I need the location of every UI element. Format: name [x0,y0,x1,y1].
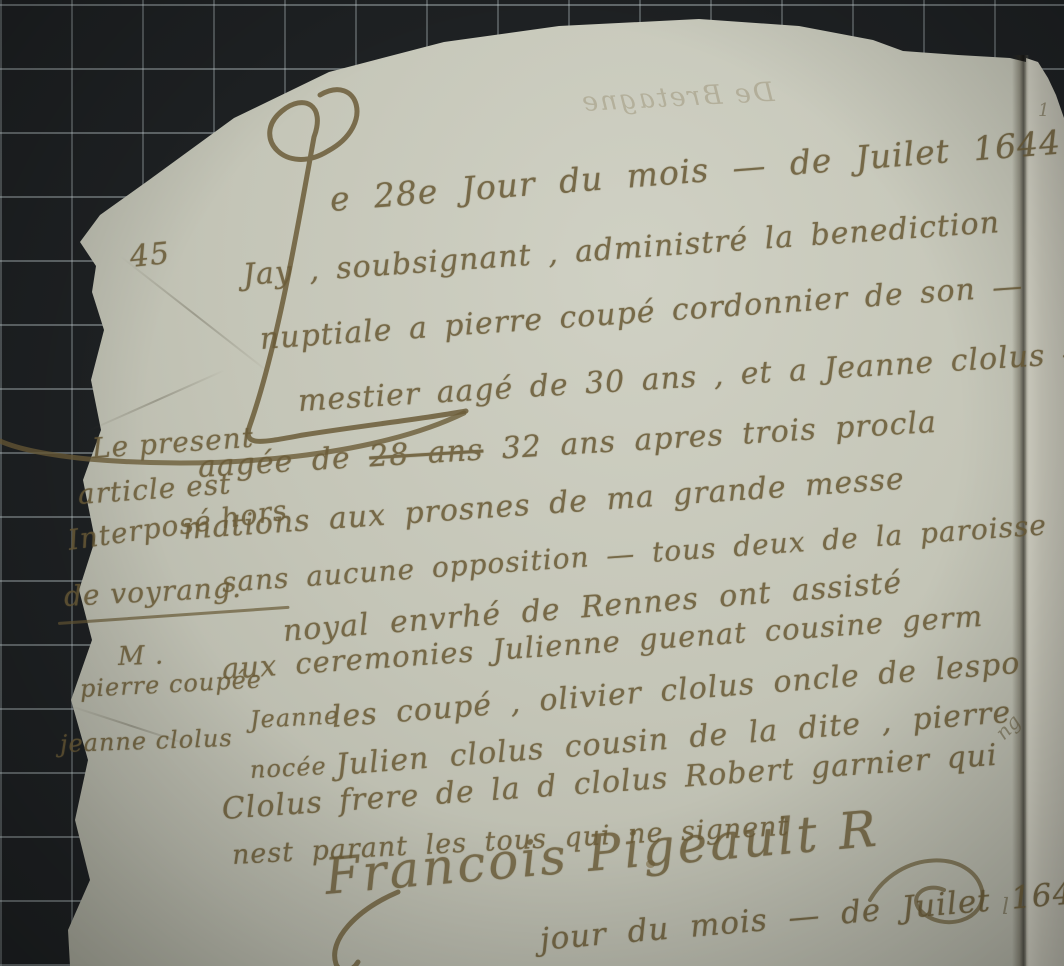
manuscript-photo: De Bretagne 45 e 28e Jour du mois — de J… [0,0,1064,966]
interlined-word: Jeanne [249,701,340,734]
interlined-word: nocée [249,752,327,784]
margin-note: M . [117,640,164,672]
struck-out-text: 28 ans [368,433,484,475]
facing-page-fragment: 1 [1038,100,1049,121]
facing-page-fragment: l [1002,895,1009,920]
next-entry-initial-flourish [298,888,448,966]
